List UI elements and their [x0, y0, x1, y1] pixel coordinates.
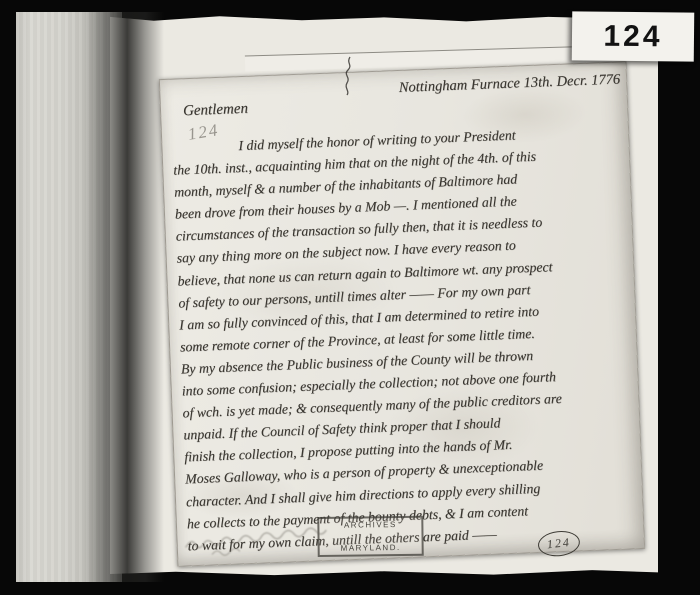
ink-mark: [338, 55, 360, 97]
letter-body: I did myself the honor of writing to you…: [172, 120, 640, 557]
book-gutter-shadow: [84, 12, 164, 582]
dateline: Nottingham Furnace 13th. Decr. 1776: [398, 71, 620, 96]
page-number-label: 124: [572, 11, 695, 61]
letter-page: Gentlemen Nottingham Furnace 13th. Decr.…: [159, 61, 645, 567]
salutation: Gentlemen: [183, 101, 249, 120]
microfilm-scan: Gentlemen Nottingham Furnace 13th. Decr.…: [0, 0, 700, 595]
